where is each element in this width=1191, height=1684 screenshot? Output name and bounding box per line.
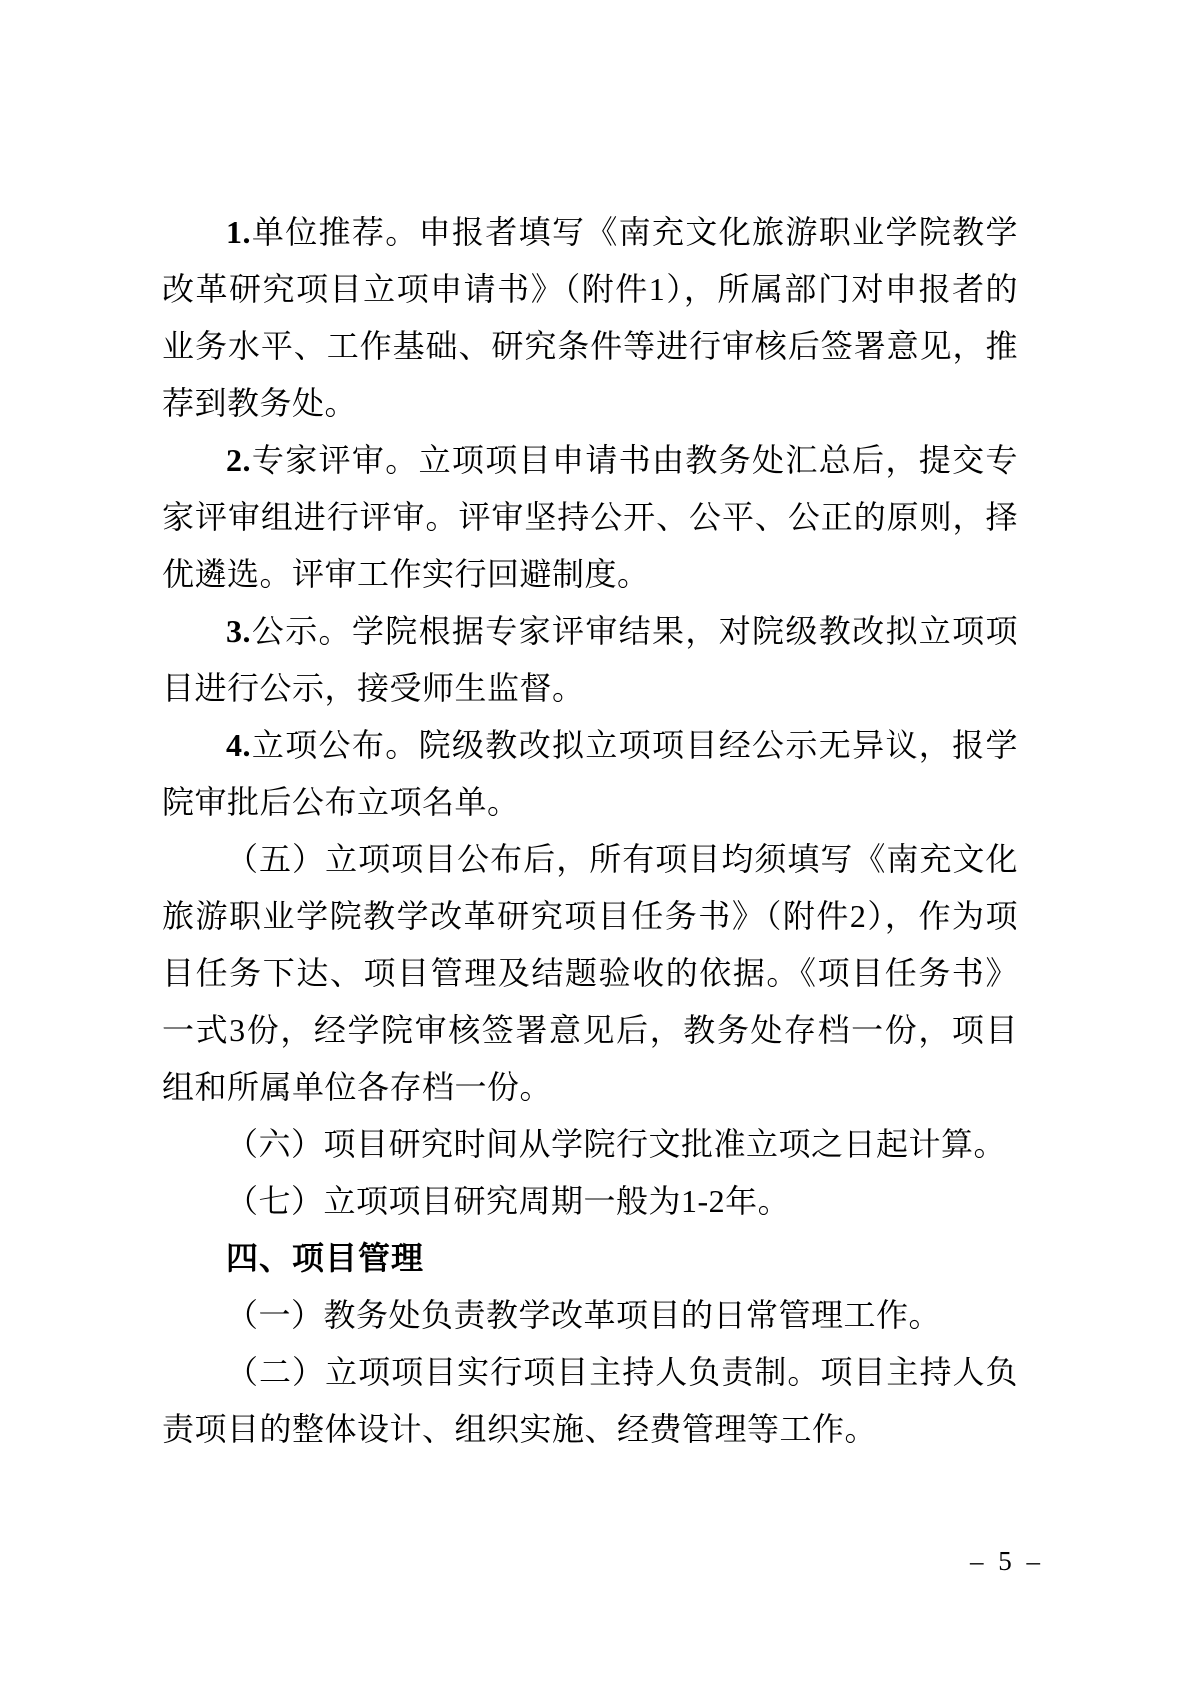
- paragraph-item-5: （五）立项项目公布后，所有项目均须填写《南充文化旅游职业学院教学改革研究项目任务…: [162, 831, 1018, 1116]
- paragraph-item-7: （七）立项项目研究周期一般为1-2年。: [162, 1173, 1018, 1230]
- paragraph-text: 单位推荐。申报者填写《南充文化旅游职业学院教学改革研究项目立项申请书》（附件1）…: [162, 214, 1018, 421]
- paragraph-item-4: 4.立项公布。院级教改拟立项项目经公示无异议，报学院审批后公布立项名单。: [162, 717, 1018, 831]
- page-number: – 5 –: [970, 1546, 1044, 1577]
- paragraph-text: （二）立项项目实行项目主持人负责制。项目主持人负责项目的整体设计、组织实施、经费…: [162, 1354, 1018, 1447]
- paragraph-text: 立项公布。院级教改拟立项项目经公示无异议，报学院审批后公布立项名单。: [162, 727, 1018, 820]
- paragraph-text: 专家评审。立项项目申请书由教务处汇总后，提交专家评审组进行评审。评审坚持公开、公…: [162, 442, 1018, 592]
- paragraph-item-3: 3.公示。学院根据专家评审结果，对院级教改拟立项项目进行公示，接受师生监督。: [162, 603, 1018, 717]
- paragraph-number: 3.: [226, 613, 251, 649]
- section-heading: 四、项目管理: [162, 1230, 1018, 1287]
- paragraph-number: 1.: [226, 214, 251, 250]
- paragraph-text: （七）立项项目研究周期一般为1-2年。: [226, 1183, 790, 1219]
- paragraph-item-9: （二）立项项目实行项目主持人负责制。项目主持人负责项目的整体设计、组织实施、经费…: [162, 1344, 1018, 1458]
- paragraph-text: （一）教务处负责教学改革项目的日常管理工作。: [226, 1297, 941, 1333]
- paragraph-item-8: （一）教务处负责教学改革项目的日常管理工作。: [162, 1287, 1018, 1344]
- document-body: 1.单位推荐。申报者填写《南充文化旅游职业学院教学改革研究项目立项申请书》（附件…: [162, 204, 1018, 1458]
- paragraph-text: 公示。学院根据专家评审结果，对院级教改拟立项项目进行公示，接受师生监督。: [162, 613, 1018, 706]
- paragraph-item-6: （六）项目研究时间从学院行文批准立项之日起计算。: [162, 1116, 1018, 1173]
- paragraph-item-1: 1.单位推荐。申报者填写《南充文化旅游职业学院教学改革研究项目立项申请书》（附件…: [162, 204, 1018, 432]
- paragraph-number: 4.: [226, 727, 251, 763]
- paragraph-text: （五）立项项目公布后，所有项目均须填写《南充文化旅游职业学院教学改革研究项目任务…: [162, 841, 1018, 1105]
- paragraph-item-2: 2.专家评审。立项项目申请书由教务处汇总后，提交专家评审组进行评审。评审坚持公开…: [162, 432, 1018, 603]
- document-page: 1.单位推荐。申报者填写《南充文化旅游职业学院教学改革研究项目立项申请书》（附件…: [0, 0, 1191, 1684]
- paragraph-number: 2.: [226, 442, 251, 478]
- paragraph-text: （六）项目研究时间从学院行文批准立项之日起计算。: [226, 1126, 1006, 1162]
- section-heading-text: 四、项目管理: [226, 1240, 424, 1276]
